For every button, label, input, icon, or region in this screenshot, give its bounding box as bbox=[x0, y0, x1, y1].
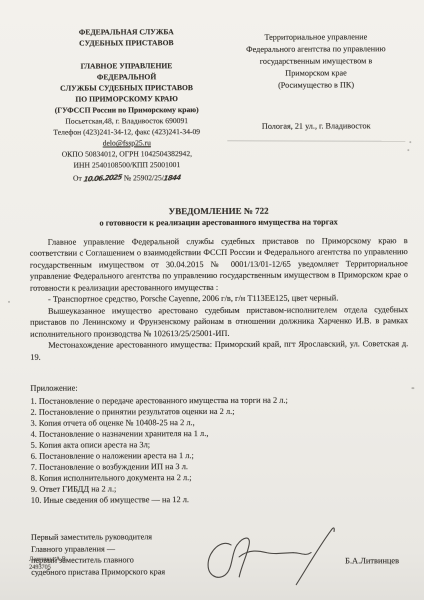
signer-position-line2: Главного управления — bbox=[31, 543, 201, 555]
document-subtitle: о готовности к реализации арестованного … bbox=[30, 217, 408, 228]
signer-position-line1: Первый заместитель руководителя bbox=[31, 531, 201, 543]
sender-inn-kpp: ИНН 2540108500/КПП 25001001 bbox=[29, 159, 224, 171]
scan-speck bbox=[409, 141, 411, 143]
executor-phone: 2493705 bbox=[29, 564, 67, 573]
recipient-block: Территориальное управление Федерального … bbox=[225, 31, 408, 183]
sender-email: delo@fssp25.ru bbox=[29, 137, 224, 149]
recipient-line5: (Росимущество в ПК) bbox=[225, 79, 407, 92]
signer-name: Б.А.Литвинцев bbox=[345, 557, 399, 566]
sender-address: Посьетская,48, г. Владивосток 690091 bbox=[29, 115, 224, 127]
ref-from-label: От bbox=[73, 174, 82, 183]
executor-block: Лазунина А.В. 2493705 bbox=[29, 555, 67, 573]
attachments-list: 1. Постановление о передаче арестованног… bbox=[30, 394, 408, 507]
signature-block: Первый заместитель руководителя Главного… bbox=[31, 531, 409, 597]
sender-org-top-line1: ФЕДЕРАЛЬНАЯ СЛУЖБА bbox=[29, 26, 224, 38]
scan-speck bbox=[8, 301, 10, 303]
handwritten-signature bbox=[201, 523, 341, 596]
sender-block: ФЕДЕРАЛЬНАЯ СЛУЖБА СУДЕБНЫХ ПРИСТАВОВ ГЛ… bbox=[29, 26, 225, 184]
recipient-line1: Территориальное управление bbox=[225, 31, 407, 44]
body-paragraph-3: Вышеуказанное имущество арестовано судеб… bbox=[30, 304, 408, 340]
sender-org-main-line2: ФЕДЕРАЛЬНОЙ bbox=[29, 71, 224, 83]
sender-org-main-line4: ПО ПРИМОРСКОМУ КРАЮ bbox=[29, 93, 224, 105]
sender-okpo-ogrn: ОКПО 50834012, ОГРН 1042504382942, bbox=[29, 148, 224, 160]
ref-number-printed: 25902/25/ bbox=[133, 173, 164, 182]
ref-number-handwritten: 1844 bbox=[163, 173, 182, 184]
ref-date-handwritten: 10.06.2025 bbox=[83, 172, 123, 184]
executor-name: Лазунина А.В. bbox=[29, 555, 67, 564]
document-body: Главное управление Федеральной службы су… bbox=[30, 235, 409, 363]
scanned-document: ФЕДЕРАЛЬНАЯ СЛУЖБА СУДЕБНЫХ ПРИСТАВОВ ГЛ… bbox=[0, 0, 424, 600]
letterhead: ФЕДЕРАЛЬНАЯ СЛУЖБА СУДЕБНЫХ ПРИСТАВОВ ГЛ… bbox=[29, 25, 408, 184]
scan-artifact-line bbox=[227, 141, 405, 142]
ref-no-label: № bbox=[124, 173, 131, 182]
scan-speck bbox=[407, 149, 409, 151]
scan-speck bbox=[411, 387, 414, 389]
reference-line: От 10.06.2025 № 25902/25/1844 bbox=[29, 172, 224, 184]
recipient-line2: Федерального агентства по управлению bbox=[225, 43, 407, 56]
sender-org-main-line3: СЛУЖБЫ СУДЕБНЫХ ПРИСТАВОВ bbox=[29, 82, 224, 94]
attachments-section: Приложение: 1. Постановление о передаче … bbox=[30, 382, 409, 507]
body-paragraph-1: Главное управление Федеральной службы су… bbox=[30, 235, 408, 294]
sender-phone: Телефон (423)241-34-12, факс (423)241-34… bbox=[29, 126, 224, 138]
attachments-label: Приложение: bbox=[30, 382, 408, 395]
recipient-line3: государственным имуществом в bbox=[225, 55, 407, 68]
sender-org-short: (ГУФССП России по Приморскому краю) bbox=[29, 104, 224, 116]
body-paragraph-4: Местонахождение арестованного имущества:… bbox=[30, 339, 408, 364]
attachment-item: 10. Иные сведения об имуществе — на 12 л… bbox=[31, 493, 409, 506]
sender-org-main-line1: ГЛАВНОЕ УПРАВЛЕНИЕ bbox=[29, 60, 224, 72]
sender-org-top-line2: СУДЕБНЫХ ПРИСТАВОВ bbox=[29, 37, 224, 49]
recipient-line4: Приморском крае bbox=[225, 67, 407, 80]
recipient-address: Пологая, 21 ул., г. Владивосток bbox=[225, 121, 407, 134]
